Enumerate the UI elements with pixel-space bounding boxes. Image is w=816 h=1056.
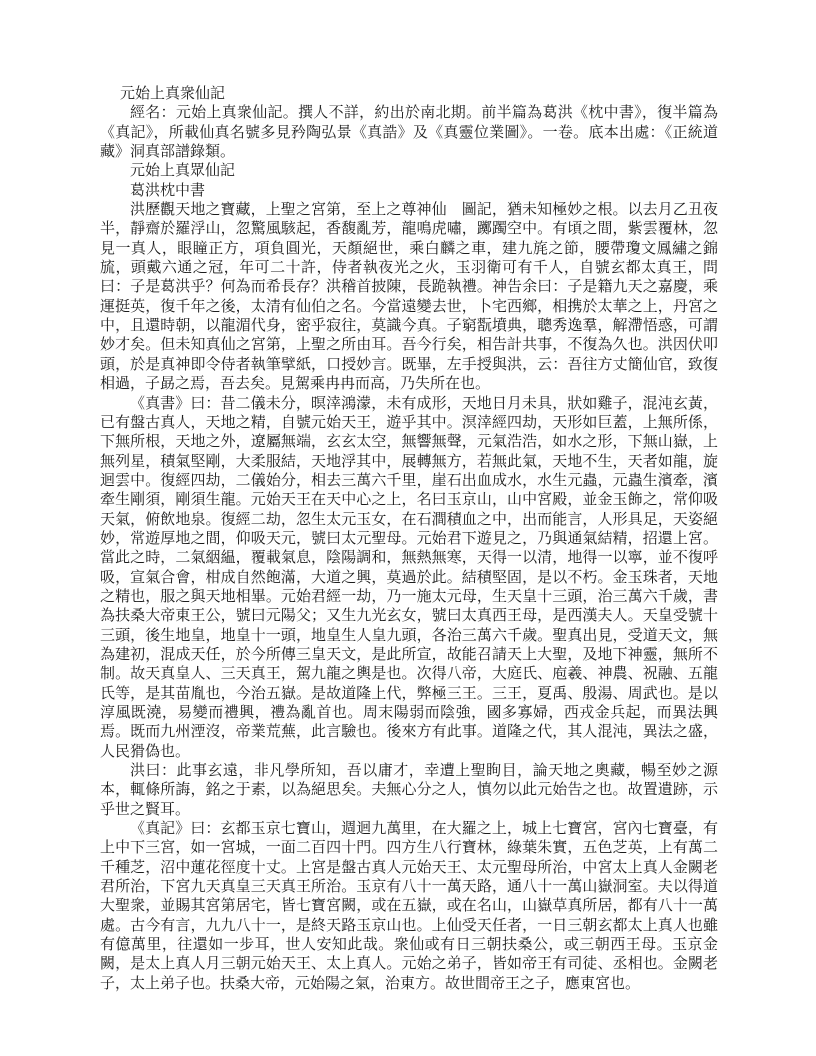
colophon-paragraph: 經名：元始上真衆仙記。撰人不詳，約出於南北期。前半篇為葛洪《枕中書》，復半篇為《… — [100, 103, 718, 161]
paragraph-hong-vision: 洪歷觀天地之寶藏，上聖之宮第，至上之尊神仙 圖記，猶未知極妙之根。以去月乙丑夜半… — [100, 200, 718, 393]
paragraph-hong-remark: 洪曰：此事玄遠，非凡學所知，吾以庸才，幸遭上聖眴目，論天地之奧藏，暢至妙之源本，… — [100, 761, 718, 819]
section-heading-main: 元始上真眾仙記 — [100, 161, 718, 180]
document-title: 元始上真衆仙記 — [100, 84, 718, 103]
paragraph-zhenshu: 《真書》曰：昔二儀未分，暝涬鴻濛，未有成形，天地日月未具，狀如雞子，混沌玄黃，已… — [100, 394, 718, 762]
paragraph-zhenji: 《真記》曰：玄都玉京七寶山，週迴九萬里，在大羅之上，城上七寶宮，宮內七寶臺，有上… — [100, 819, 718, 993]
document-content: 元始上真衆仙記 經名：元始上真衆仙記。撰人不詳，約出於南北期。前半篇為葛洪《枕中… — [100, 84, 718, 993]
document-page: 元始上真衆仙記 經名：元始上真衆仙記。撰人不詳，約出於南北期。前半篇為葛洪《枕中… — [0, 0, 816, 1056]
section-heading-zhenzhongshu: 葛洪枕中書 — [100, 181, 718, 200]
